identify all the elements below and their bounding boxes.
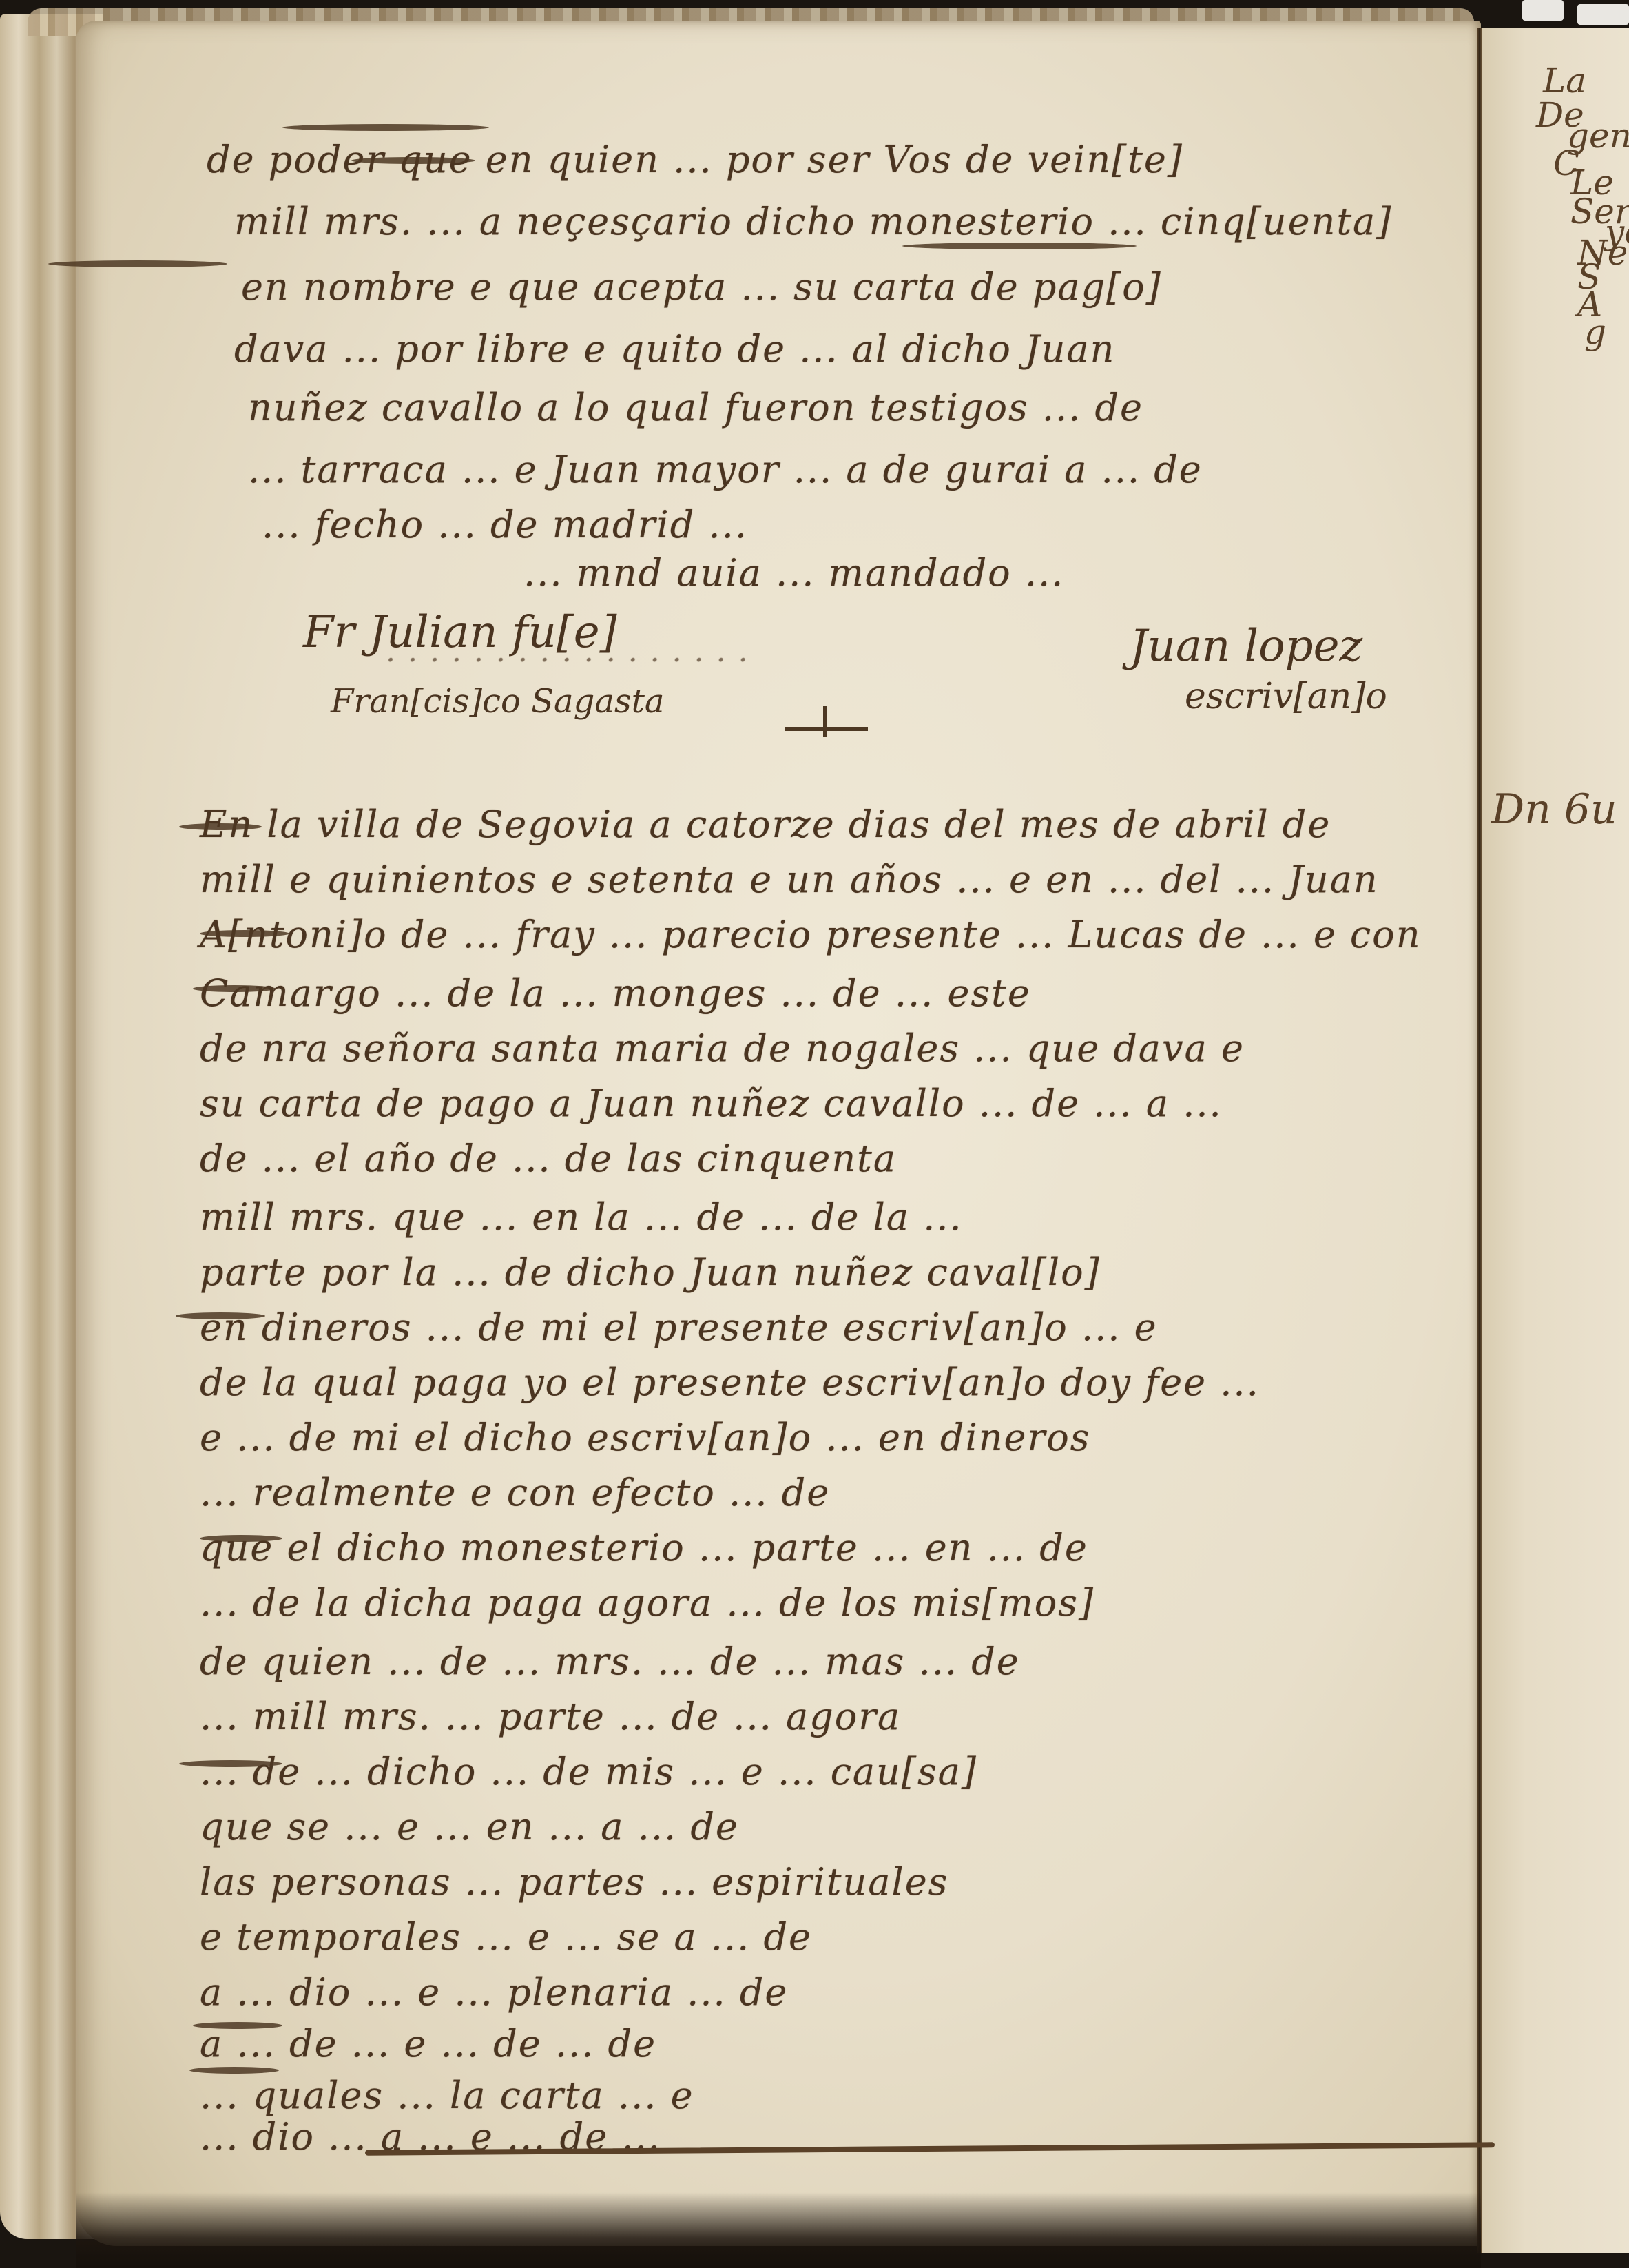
text-line: mill e quinientos e setenta e un años ..… bbox=[200, 858, 1379, 901]
text-line: en nombre e que acepta ... su carta de p… bbox=[241, 265, 1162, 309]
text-line: mill mrs. ... a neçesçario dicho moneste… bbox=[234, 200, 1392, 243]
text-line: dava ... por libre e quito de ... al dic… bbox=[234, 327, 1115, 371]
ink-stroke bbox=[282, 124, 489, 131]
text-line: ... mnd auia ... mandado ... bbox=[523, 551, 1064, 595]
text-line: de la qual paga yo el presente escriv[an… bbox=[200, 1361, 1260, 1404]
signature-right-2: escriv[an]o bbox=[1185, 675, 1387, 718]
bleedthrough-text: . . . . . . . . . . . . . . . . . bbox=[386, 634, 749, 669]
adjacent-fragment: La bbox=[1543, 62, 1586, 100]
text-line: a ... dio ... e ... plenaria ... de bbox=[200, 1970, 788, 2014]
text-line: de quien ... de ... mrs. ... de ... mas … bbox=[200, 1640, 1020, 1683]
text-line: ... realmente e con efecto ... de bbox=[200, 1471, 830, 1514]
paper-tab bbox=[1577, 4, 1629, 25]
text-line: e temporales ... e ... se a ... de bbox=[200, 1915, 812, 1959]
folio-mark: Dn 6u bbox=[1491, 785, 1617, 834]
text-line: ... fecho ... de madrid ... bbox=[262, 503, 748, 546]
ink-stroke bbox=[176, 1312, 265, 1319]
text-line: de nra señora santa maria de nogales ...… bbox=[200, 1027, 1245, 1070]
paper-tab bbox=[1522, 0, 1564, 21]
text-line: Camargo ... de la ... monges ... de ... … bbox=[200, 971, 1031, 1015]
signature-right-1: Juan lopez bbox=[1130, 620, 1362, 673]
text-line: mill mrs. que ... en la ... de ... de la… bbox=[200, 1195, 963, 1239]
text-line: en dineros ... de mi el presente escriv[… bbox=[200, 1306, 1158, 1349]
ink-stroke bbox=[200, 930, 289, 937]
text-line: su carta de pago a Juan nuñez cavallo ..… bbox=[200, 1082, 1223, 1125]
ink-stroke bbox=[193, 2022, 282, 2029]
text-line: de ... el año de ... de las cinquenta bbox=[200, 1137, 897, 1180]
adjacent-fragment: g bbox=[1584, 313, 1606, 351]
text-line: que se ... e ... en ... a ... de bbox=[200, 1805, 739, 1848]
text-line: A[ntoni]o de ... fray ... parecio presen… bbox=[200, 913, 1421, 956]
ink-stroke bbox=[48, 260, 227, 267]
text-line: ... tarraca ... e Juan mayor ... a de gu… bbox=[248, 448, 1203, 491]
ink-stroke bbox=[200, 1535, 282, 1542]
ink-stroke bbox=[351, 157, 475, 164]
signature-left-2: Fran[cis]co Sagasta bbox=[331, 682, 665, 722]
ink-stroke bbox=[902, 243, 1137, 249]
text-line: nuñez cavallo a lo qual fueron testigos … bbox=[248, 386, 1143, 429]
text-line: a ... de ... e ... de ... de bbox=[200, 2022, 656, 2065]
text-line: En la villa de Segovia a catorze dias de… bbox=[200, 803, 1331, 846]
section-cross-mark bbox=[785, 727, 868, 731]
manuscript-scan: de poder que en quien ... por ser Vos de… bbox=[0, 0, 1629, 2268]
text-line: ... mill mrs. ... parte ... de ... agora bbox=[200, 1695, 901, 1738]
ink-stroke bbox=[189, 2067, 279, 2074]
text-line: ... de la dicha paga agora ... de los mi… bbox=[200, 1581, 1094, 1625]
adjacent-page bbox=[1482, 28, 1629, 2253]
page-bottom-shadow bbox=[76, 2192, 1481, 2268]
text-line: ... de ... dicho ... de mis ... e ... ca… bbox=[200, 1750, 977, 1793]
text-line: parte por la ... de dicho Juan nuñez cav… bbox=[200, 1250, 1101, 1294]
text-line: e ... de mi el dicho escriv[an]o ... en … bbox=[200, 1416, 1091, 1459]
ink-stroke bbox=[179, 823, 262, 830]
text-line: las personas ... partes ... espirituales bbox=[200, 1860, 948, 1904]
text-line: ... quales ... la carta ... e bbox=[200, 2074, 694, 2117]
ink-stroke bbox=[179, 1760, 282, 1767]
ink-stroke bbox=[193, 985, 276, 992]
text-line: que el dicho monesterio ... parte ... en… bbox=[200, 1526, 1088, 1569]
